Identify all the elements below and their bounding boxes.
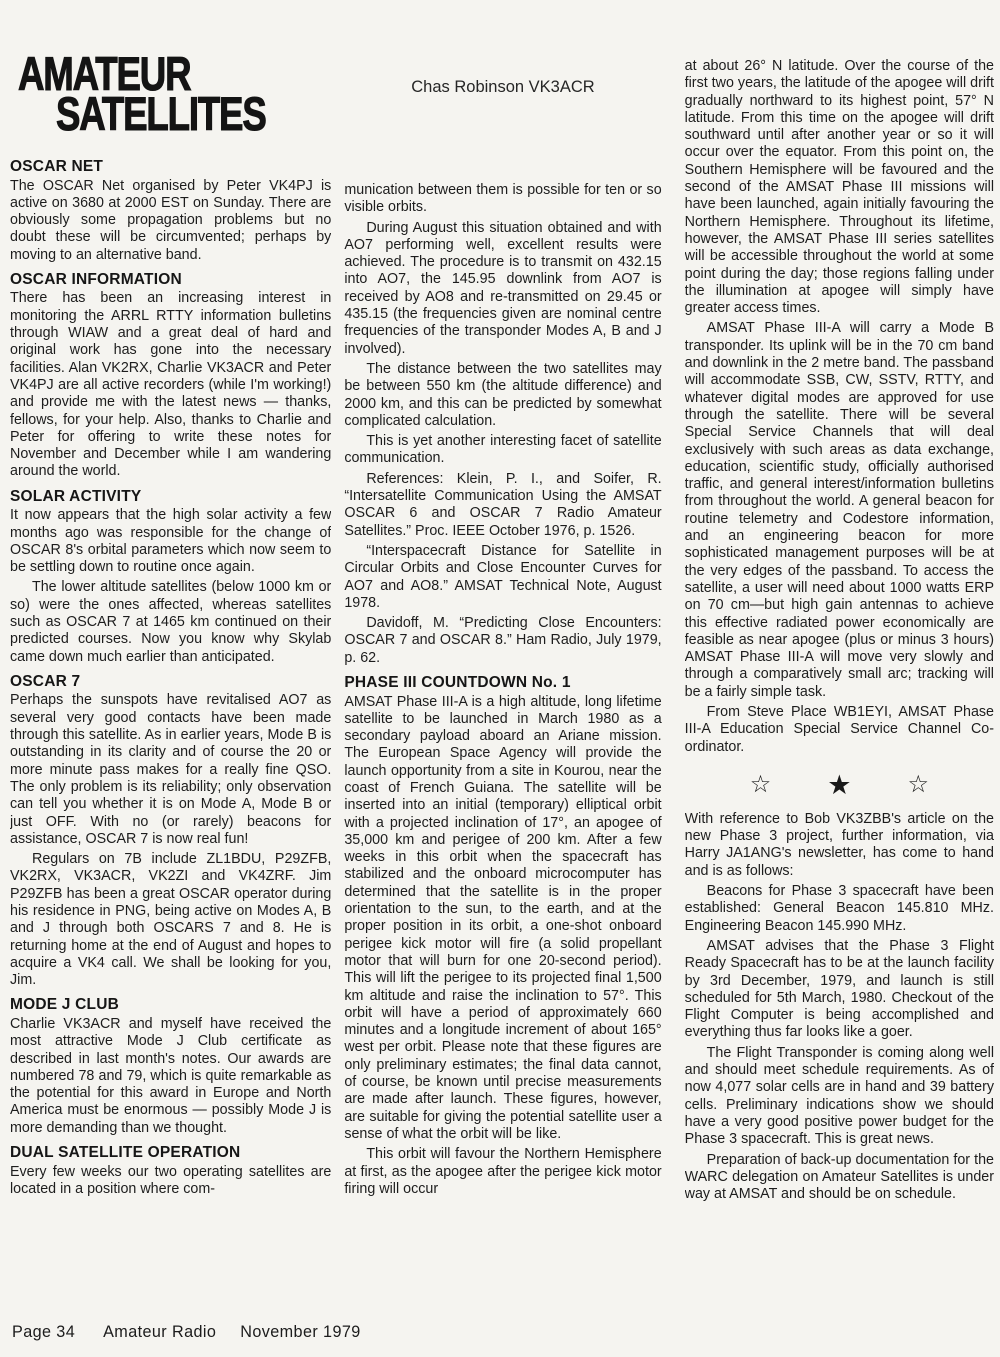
column-1-body: OSCAR NETThe OSCAR Net organised by Pete… [10,158,331,1198]
body-paragraph: The distance between the two satellites … [344,361,661,430]
page-content: AMATEUR SATELLITES OSCAR NETThe OSCAR Ne… [0,0,1000,1314]
body-paragraph: It now appears that the high solar activ… [10,507,331,576]
footer-magazine-name: Amateur Radio [103,1323,216,1342]
page-title-line2: SATELLITES [56,94,271,134]
body-paragraph: Preparation of back-up documentation for… [685,1152,994,1204]
body-paragraph: AMSAT advises that the Phase 3 Flight Re… [685,938,994,1042]
column-3: at about 26° N latitude. Over the course… [685,52,994,1314]
section-heading: PHASE III COUNTDOWN No. 1 [344,674,661,692]
body-paragraph: at about 26° N latitude. Over the course… [685,58,994,317]
column-1: AMATEUR SATELLITES OSCAR NETThe OSCAR Ne… [10,52,331,1314]
column-2: Chas Robinson VK3ACR munication between … [344,52,661,1314]
body-paragraph: With reference to Bob VK3ZBB's article o… [685,811,994,880]
star-filled-icon: ★ [827,772,851,799]
page-title: AMATEUR SATELLITES [18,54,331,138]
body-paragraph: There has been an increasing interest in… [10,290,331,480]
body-paragraph: Perhaps the sunspots have revitalised AO… [10,692,331,848]
section-heading: OSCAR 7 [10,673,331,691]
body-paragraph: The OSCAR Net organised by Peter VK4PJ i… [10,178,331,264]
body-paragraph: This is yet another interesting facet of… [344,433,661,468]
body-paragraph: During August this situation obtained an… [344,220,661,358]
section-heading: OSCAR INFORMATION [10,271,331,289]
section-heading: SOLAR ACTIVITY [10,488,331,506]
footer-issue-date: November 1979 [240,1323,360,1342]
star-outline-icon: ☆ [750,773,772,797]
body-paragraph: Regulars on 7B include ZL1BDU, P29ZFB, V… [10,851,331,989]
body-paragraph: References: Klein, P. I., and Soifer, R.… [344,471,661,540]
star-divider: ☆★☆ [685,772,994,799]
section-heading: OSCAR NET [10,158,331,176]
body-paragraph: AMSAT Phase III-A is a high altitude, lo… [344,694,661,1144]
section-heading: DUAL SATELLITE OPERATION [10,1144,331,1162]
column-2-body: munication between them is possible for … [344,182,661,1198]
body-paragraph: The Flight Transponder is coming along w… [685,1045,994,1149]
body-paragraph: The lower altitude satellites (below 100… [10,579,331,665]
byline: Chas Robinson VK3ACR [344,78,661,97]
body-paragraph: This orbit will favour the Northern Hemi… [344,1146,661,1198]
body-paragraph: “Interspacecraft Distance for Satellite … [344,543,661,612]
star-outline-icon: ☆ [907,773,929,797]
body-paragraph: Beacons for Phase 3 spacecraft have been… [685,883,994,935]
body-paragraph: munication between them is possible for … [344,182,661,217]
body-paragraph: Davidoff, M. “Predicting Close Encounter… [344,615,661,667]
column-3-body: at about 26° N latitude. Over the course… [685,58,994,1203]
body-paragraph: Every few weeks our two operating satell… [10,1164,331,1199]
byline-slot: Chas Robinson VK3ACR [344,78,661,182]
footer-page-number: Page 34 [12,1323,75,1342]
body-paragraph: From Steve Place WB1EYI, AMSAT Phase III… [685,704,994,756]
body-paragraph: Charlie VK3ACR and myself have received … [10,1016,331,1137]
page-footer: Page 34 Amateur Radio November 1979 [12,1323,361,1342]
body-paragraph: AMSAT Phase III-A will carry a Mode B tr… [685,320,994,701]
magazine-page: AMATEUR SATELLITES OSCAR NETThe OSCAR Ne… [0,0,1000,1357]
section-heading: MODE J CLUB [10,996,331,1014]
